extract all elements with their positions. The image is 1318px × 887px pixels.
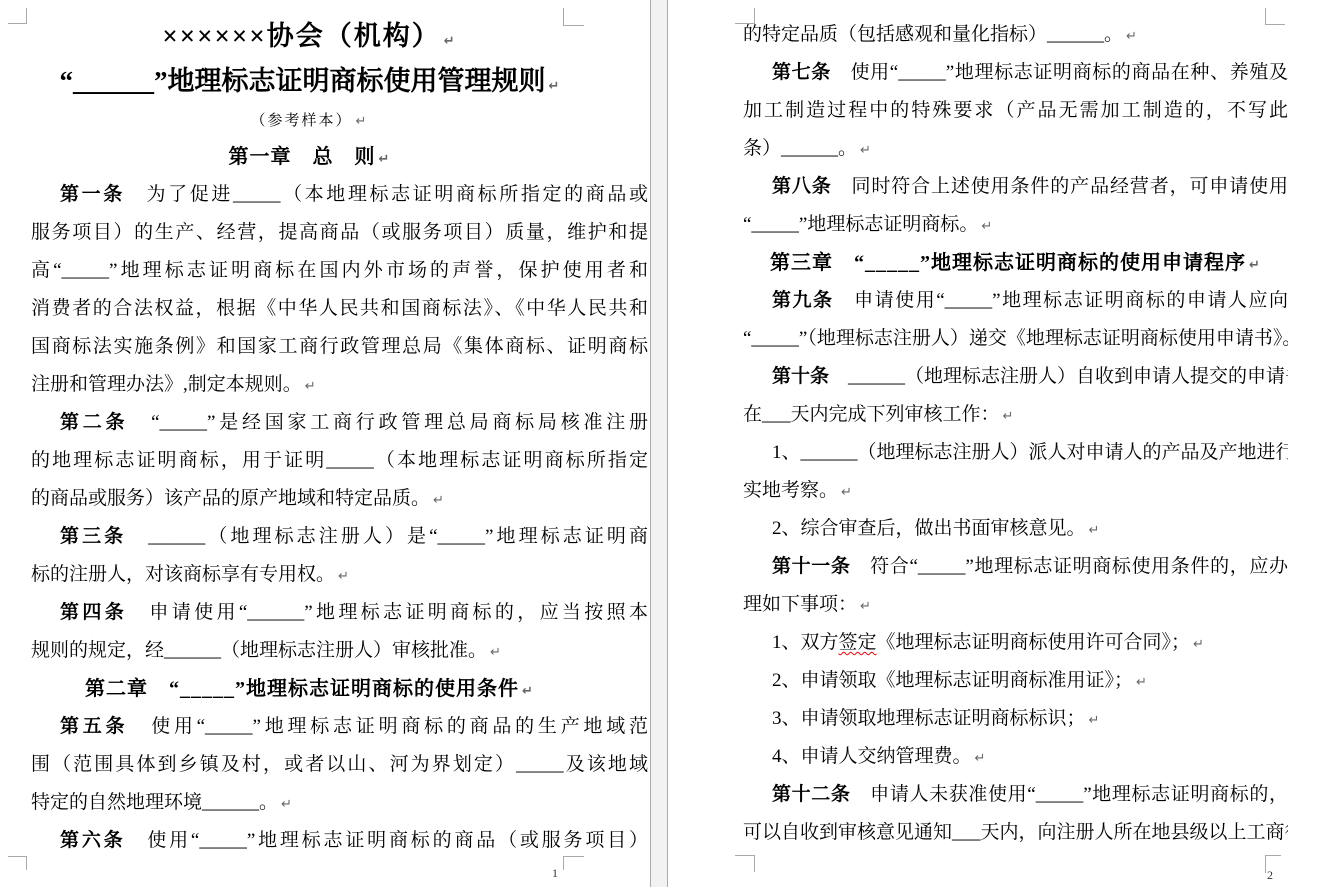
text-run: 使用“_____”地理标志证明商标的商品（或服务项目） — [125, 830, 648, 851]
doc-line: 第二章 “_____”地理标志证明商标的使用条件↵ — [31, 670, 648, 708]
doc-line: 第十条 ______（地理标志注册人）自收到申请人提交的申请书后， — [743, 358, 1288, 396]
doc-line: 第十二条 申请人未获准使用“_____”地理标志证明商标的， — [743, 776, 1288, 814]
paragraph-mark: ↵ — [278, 797, 292, 812]
paragraph-mark: ↵ — [1190, 637, 1204, 652]
paragraph-mark: ↵ — [519, 684, 534, 699]
text-run: “_____”是经国家工商行政管理总局商标局核准注册 — [128, 412, 648, 433]
text-run: 《地理标志证明商标使用许可合同》； — [877, 632, 1191, 653]
text-run: 第二章 “_____”地理标志证明商标的使用条件 — [85, 678, 519, 700]
doc-line: 标的注册人，对该商标享有专用权。↵ — [31, 556, 648, 594]
doc-line: “_____”（地理标志注册人）递交《地理标志证明商标使用申请书》。↵ — [743, 320, 1288, 358]
crop-mark-bottom-left — [8, 856, 27, 870]
text-run: 服务项目）的生产、经营，提高商品（或服务项目）质量，维护和提 — [31, 222, 648, 243]
page-1: ××××××协会（机构）↵“______”地理标志证明商标使用管理规则↵（参考样… — [0, 0, 650, 887]
doc-line: 2、申请领取《地理标志证明商标准用证》；↵ — [743, 662, 1288, 700]
doc-line: 4、申请人交纳管理费。↵ — [743, 738, 1288, 776]
text-run: 实地考察。 — [743, 480, 838, 501]
doc-line: 第六条 使用“_____”地理标志证明商标的商品（或服务项目） — [31, 822, 648, 860]
text-run: 第三条 — [60, 526, 126, 547]
text-run: ______（地理标志注册人）是“_____”地理标志证明商 — [126, 526, 648, 547]
page-2-content: 的特定品质（包括感观和量化指标）______。↵第七条 使用“_____”地理标… — [743, 16, 1288, 852]
text-run: 的特定品质（包括感观和量化指标）______。 — [743, 24, 1123, 45]
text-run: 国商标法实施条例》和国家工商行政管理总局《集体商标、证明商标 — [31, 336, 648, 357]
doc-line: 实地考察。↵ — [743, 472, 1288, 510]
text-run: 第二条 — [60, 412, 128, 433]
text-run: 理如下事项： — [743, 594, 857, 615]
doc-line: 1、双方签定《地理标志证明商标使用许可合同》；↵ — [743, 624, 1288, 662]
paragraph-mark: ↵ — [487, 645, 501, 660]
paragraph-mark: ↵ — [1086, 713, 1100, 728]
paragraph-mark: ↵ — [546, 79, 560, 94]
text-run: ××××××协会（机构） — [162, 21, 440, 51]
paragraph-mark: ↵ — [302, 379, 316, 394]
doc-line: 第十一条 符合“_____”地理标志证明商标使用条件的，应办 — [743, 548, 1288, 586]
text-run: 第五条 — [60, 716, 128, 737]
doc-line: 特定的自然地理环境______。↵ — [31, 784, 648, 822]
doc-line: 在___天内完成下列审核工作：↵ — [743, 396, 1288, 434]
text-run: ______（地理标志注册人）自收到申请人提交的申请书后， — [829, 366, 1288, 387]
text-run: 第六条 — [60, 830, 125, 851]
doc-line: 条）______。↵ — [743, 130, 1288, 168]
text-run: 使用“_____”地理标志证明商标的商品在种、养殖及 — [831, 62, 1288, 83]
paragraph-mark: ↵ — [1246, 258, 1261, 273]
text-run: 在___天内完成下列审核工作： — [743, 404, 1000, 425]
doc-line: 第二条 “_____”是经国家工商行政管理总局商标局核准注册 — [31, 404, 648, 442]
paragraph-mark: ↵ — [1123, 29, 1137, 44]
text-run: 2、申请领取《地理标志证明商标准用证》； — [772, 670, 1133, 691]
text-run: 符合“_____”地理标志证明商标使用条件的，应办 — [851, 556, 1288, 577]
doc-line: 第四条 申请使用“______”地理标志证明商标的，应当按照本 — [31, 594, 648, 632]
page-2-number: 2 — [1267, 868, 1273, 882]
doc-line: 围（范围具体到乡镇及村，或者以山、河为界划定）_____及该地域 — [31, 746, 648, 784]
document-canvas: ××××××协会（机构）↵“______”地理标志证明商标使用管理规则↵（参考样… — [0, 0, 1318, 887]
doc-line: 的商品或服务）该产品的原产地域和特定品质。↵ — [31, 480, 648, 518]
doc-line: 加工制造过程中的特殊要求（产品无需加工制造的，不写此 — [743, 92, 1288, 130]
doc-line: 第五条 使用“_____”地理标志证明商标的商品的生产地域范 — [31, 708, 648, 746]
text-run: 1、______（地理标志注册人）派人对申请人的产品及产地进行 — [772, 442, 1288, 463]
doc-line: 的特定品质（包括感观和量化指标）______。↵ — [743, 16, 1288, 54]
doc-line: 可以自收到审核意见通知___天内，向注册人所在地县级以上工商行 — [743, 814, 1288, 852]
text-run: 可以自收到审核意见通知___天内，向注册人所在地县级以上工商行 — [743, 822, 1288, 843]
doc-line: 注册和管理办法》,制定本规则。↵ — [31, 366, 648, 404]
text-run: 2、综合审查后，做出书面审核意见。 — [772, 518, 1086, 539]
doc-line: （参考样本）↵ — [31, 104, 648, 138]
doc-line: 服务项目）的生产、经营，提高商品（或服务项目）质量，维护和提 — [31, 214, 648, 252]
doc-line: 第三条 ______（地理标志注册人）是“_____”地理标志证明商 — [31, 518, 648, 556]
doc-line: “_____”地理标志证明商标。↵ — [743, 206, 1288, 244]
text-run: “______”地理标志证明商标使用管理规则 — [60, 66, 546, 96]
paragraph-mark: ↵ — [972, 751, 986, 766]
doc-line: 理如下事项：↵ — [743, 586, 1288, 624]
text-run: 第七条 — [772, 62, 831, 83]
paragraph-mark: ↵ — [978, 219, 992, 234]
paragraph-mark: ↵ — [430, 493, 444, 508]
page-1-number: 1 — [552, 866, 558, 880]
text-run: 第三章 “_____”地理标志证明商标的使用申请程序 — [770, 252, 1246, 274]
page-1-content: ××××××协会（机构）↵“______”地理标志证明商标使用管理规则↵（参考样… — [31, 0, 648, 860]
paragraph-mark: ↵ — [376, 152, 391, 167]
paragraph-mark: ↵ — [441, 34, 457, 49]
text-run: 标的注册人，对该商标享有专用权。 — [31, 564, 335, 585]
doc-line: 第八条 同时符合上述使用条件的产品经营者，可申请使用 — [743, 168, 1288, 206]
page-2: 的特定品质（包括感观和量化指标）______。↵第七条 使用“_____”地理标… — [668, 0, 1318, 887]
text-run: 第十条 — [772, 366, 829, 387]
text-run: 1、双方 — [772, 632, 839, 653]
text-run: 条）______。 — [743, 138, 857, 159]
crop-mark-top-left — [8, 8, 27, 24]
doc-line: 高“_____”地理标志证明商标在国内外市场的声誉，保护使用者和 — [31, 252, 648, 290]
doc-line: ××××××协会（机构）↵ — [31, 14, 648, 58]
text-run: 第十一条 — [772, 556, 851, 577]
paragraph-mark: ↵ — [857, 143, 871, 158]
text-run: “_____”（地理标志注册人）递交《地理标志证明商标使用申请书》。 — [743, 328, 1288, 349]
paragraph-mark: ↵ — [857, 599, 871, 614]
text-run: 特定的自然地理环境______。 — [31, 792, 278, 813]
text-run: 加工制造过程中的特殊要求（产品无需加工制造的，不写此 — [743, 100, 1288, 121]
doc-line: 2、综合审查后，做出书面审核意见。↵ — [743, 510, 1288, 548]
text-run: 使用“_____”地理标志证明商标的商品的生产地域范 — [128, 716, 648, 737]
doc-line: 第一条 为了促进_____（本地理标志证明商标所指定的商品或 — [31, 176, 648, 214]
text-run: “_____”地理标志证明商标。 — [743, 214, 978, 235]
text-run: 同时符合上述使用条件的产品经营者，可申请使用 — [832, 176, 1288, 197]
doc-line: “______”地理标志证明商标使用管理规则↵ — [31, 58, 648, 104]
doc-line: 第九条 申请使用“_____”地理标志证明商标的申请人应向 — [743, 282, 1288, 320]
text-run: 申请人未获准使用“_____”地理标志证明商标的， — [851, 784, 1288, 805]
text-run: 4、申请人交纳管理费。 — [772, 746, 972, 767]
doc-line: 国商标法实施条例》和国家工商行政管理总局《集体商标、证明商标 — [31, 328, 648, 366]
text-run: 第九条 — [772, 290, 834, 311]
text-run: （参考样本） — [251, 113, 353, 129]
text-run: 围（范围具体到乡镇及村，或者以山、河为界划定）_____及该地域 — [31, 754, 648, 775]
text-run: 的商品或服务）该产品的原产地域和特定品质。 — [31, 488, 430, 509]
text-run: 注册和管理办法》,制定本规则。 — [31, 374, 302, 395]
text-run: 第一章 总 则 — [229, 146, 376, 168]
text-run: 第一条 — [60, 184, 125, 205]
doc-line: 第三章 “_____”地理标志证明商标的使用申请程序↵ — [743, 244, 1288, 282]
paragraph-mark: ↵ — [1086, 523, 1100, 538]
spellcheck-flagged-text: 签定 — [839, 632, 877, 653]
text-run: 申请使用“______”地理标志证明商标的，应当按照本 — [127, 602, 648, 623]
paragraph-mark: ↵ — [335, 569, 349, 584]
text-run: 第四条 — [60, 602, 127, 623]
page-separator — [650, 0, 668, 887]
text-run: 高“_____”地理标志证明商标在国内外市场的声誉，保护使用者和 — [31, 260, 648, 281]
text-run: 3、申请领取地理标志证明商标标识； — [772, 708, 1086, 729]
text-run: 规则的规定，经______（地理标志注册人）审核批准。 — [31, 640, 487, 661]
paragraph-mark: ↵ — [1133, 675, 1147, 690]
text-run: 的地理标志证明商标，用于证明_____（本地理标志证明商标所指定 — [31, 450, 648, 471]
crop-mark-bottom-left — [735, 855, 755, 872]
doc-line: 第七条 使用“_____”地理标志证明商标的商品在种、养殖及 — [743, 54, 1288, 92]
doc-line: 1、______（地理标志注册人）派人对申请人的产品及产地进行 — [743, 434, 1288, 472]
text-run: 消费者的合法权益，根据《中华人民共和国商标法》、《中华人民共和 — [31, 298, 648, 319]
text-run: 申请使用“_____”地理标志证明商标的申请人应向 — [834, 290, 1288, 311]
paragraph-mark: ↵ — [353, 114, 369, 129]
text-run: 第十二条 — [772, 784, 851, 805]
paragraph-mark: ↵ — [1000, 409, 1014, 424]
doc-line: 第一章 总 则↵ — [31, 138, 648, 176]
paragraph-mark: ↵ — [838, 485, 852, 500]
text-run: 第八条 — [772, 176, 832, 197]
doc-line: 规则的规定，经______（地理标志注册人）审核批准。↵ — [31, 632, 648, 670]
doc-line: 消费者的合法权益，根据《中华人民共和国商标法》、《中华人民共和 — [31, 290, 648, 328]
doc-line: 3、申请领取地理标志证明商标标识；↵ — [743, 700, 1288, 738]
text-run: 为了促进_____（本地理标志证明商标所指定的商品或 — [125, 184, 648, 205]
doc-line: 的地理标志证明商标，用于证明_____（本地理标志证明商标所指定 — [31, 442, 648, 480]
